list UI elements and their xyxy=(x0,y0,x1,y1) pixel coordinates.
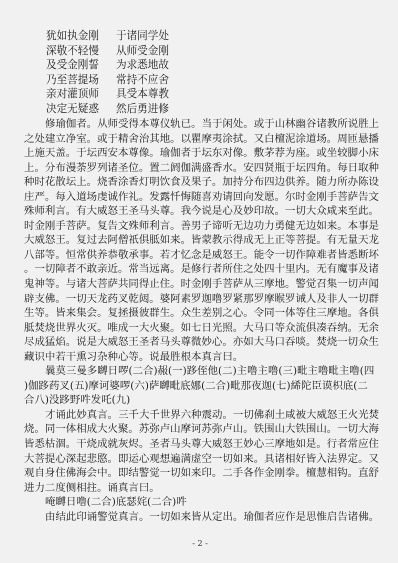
paragraph-line: 修瑜伽者。从师受得本尊仪轨已。当于闲处。或于山林幽谷诸教所说胜上 xyxy=(24,117,376,132)
page-number: - 2 - xyxy=(180,539,220,549)
mantra-line: 曩莫三曼多嚩日啰(二合)赧(一)跢侄他(二)主噜主噜(三)毗主噜毗主噜(四 xyxy=(24,364,376,379)
paragraph-line: 庄严。每入道场虔诚作礼。发露忏悔随喜劝请回向发愿。尔时金刚手菩萨告文 xyxy=(24,190,376,205)
paragraph-line: 才诵此妙真言。三千大千世界六种震动。一切佛刹土咸被大威怒王火光焚 xyxy=(24,408,376,423)
verse-left: 乃至菩提场 xyxy=(46,73,116,88)
paragraph-line: 进力二度侧相拄。诵真言曰。 xyxy=(24,481,376,496)
verse-right: 为求悉地故 xyxy=(116,58,186,73)
paragraph-line: 烧。同一体相成大火聚。苏弥卢山摩诃苏弥卢山。铁围山大铁围山。一切大海 xyxy=(24,422,376,437)
paragraph-line: 藏识中若干熏习杂种心等。说最胜根本真言曰。 xyxy=(24,350,376,365)
paragraph-line: 时金刚手菩萨。复告文殊师利言。善男子谛听无边功力勇健无边如来。本事是 xyxy=(24,219,376,234)
paragraph-line: 大威怒王。复过去阿僧祇俱胝如来。皆蒙教示得成无上正等菩提。有无量天龙 xyxy=(24,233,376,248)
paragraph-line: 种时花散坛上。烧香涂香灯明饮食及果子。加持分布四边供养。随力所办陈设 xyxy=(24,175,376,190)
verse-row: 犹如执金刚 于诸同学处 xyxy=(46,29,186,44)
verse-right: 然后勇进修 xyxy=(116,102,186,117)
paragraph-line: 八部等。恒常供养恭敬承事。若才忆念是威怒王。能令一切作障难者皆悉断坏 xyxy=(24,248,376,263)
verse-left: 犹如执金刚 xyxy=(46,29,116,44)
mantra-line: 唵嚩日噜(二合)底瑟姹(二合)吽 xyxy=(24,495,376,510)
paragraph-line: 殊师利言。有大威怒王圣马头尊。我今说是心及妙印故。一切大众咸来至此。 xyxy=(24,204,376,219)
paragraph-line: 尽成猛焰。说是大威怒王圣者马头尊微妙心。亦如大马口吞啖。焚烧一切众生 xyxy=(24,335,376,350)
verse-row: 决定无疑惑 然后勇进修 xyxy=(46,102,186,117)
verse-right: 从师受金刚 xyxy=(116,44,186,59)
paragraph-line: 观自身住佛海会中。即结警觉一切如来印。二手各作金刚拳。檀慧相钩。直舒 xyxy=(24,466,376,481)
paragraph-line: 上。分布漫荼罗列诸圣位。置二阏伽满盛香水。安四贤瓶于坛四角。每日取种 xyxy=(24,161,376,176)
paragraph-line: 鬼神等。与诸大菩萨共同得止住。时金刚手菩萨从三摩地。警觉召集一切声闻 xyxy=(24,277,376,292)
paragraph-line: 胝焚烧世界火灭。唯成一大火聚。如七日光照。大马口等众流俱凑吞纳。无余 xyxy=(24,321,376,336)
verse-row: 乃至菩提场 常持不应舍 xyxy=(46,73,186,88)
verse-row: 亲对灌顶师 具受本尊教 xyxy=(46,87,186,102)
verse-left: 及受金刚誓 xyxy=(46,58,116,73)
mantra-line: 合八)没跢野吽发吒(九) xyxy=(24,393,376,408)
document-page: 犹如执金刚 于诸同学处 深敬不轻慢 从师受金刚 及受金刚誓 为求悉地故 乃至菩提… xyxy=(0,0,398,563)
verse-left: 亲对灌顶师 xyxy=(46,87,116,102)
verse-right: 具受本尊教 xyxy=(116,87,186,102)
verse-right: 于诸同学处 xyxy=(116,29,186,44)
mantra-line: )伽跢药叉(五)摩诃婆啰(六)萨嚩毗底娜(二合)毗那夜迦(七)絺陀臣谟枳底(二 xyxy=(24,379,376,394)
verse-row: 深敬不轻慢 从师受金刚 xyxy=(46,44,186,59)
paragraph-line: 之处建立净室。或于精舍治其地。以瞿摩夷涂拭。又白檀泥涂道场。周匝悬播 xyxy=(24,132,376,147)
paragraph-line: 皆悉枯涸。干烧成就灰烬。圣者马头尊大威怒王妙心三摩地如是。行者常应住 xyxy=(24,437,376,452)
verse-block: 犹如执金刚 于诸同学处 深敬不轻慢 从师受金刚 及受金刚誓 为求悉地故 乃至菩提… xyxy=(46,29,186,117)
body-text: 修瑜伽者。从师受得本尊仪轨已。当于闲处。或于山林幽谷诸教所说胜上 之处建立净室。… xyxy=(24,117,376,524)
paragraph-line: 上施天盖。于坛西安本尊像。瑜伽者于坛东对像。敷茅荐为座。或坐较脚小床 xyxy=(24,146,376,161)
verse-left: 决定无疑惑 xyxy=(46,102,116,117)
verse-row: 及受金刚誓 为求悉地故 xyxy=(46,58,186,73)
paragraph-line: 大菩提心深起悲愍。即运心观想遍满虚空一切如来。具诸相好皆入法界定。又 xyxy=(24,452,376,467)
paragraph-line: 由结此印诵警觉真言。一切如来皆从定出。瑜伽者应作是思惟启告诸佛。 xyxy=(24,510,376,525)
verse-right: 常持不应舍 xyxy=(116,73,186,88)
paragraph-line: 生等。皆来集会。复拯摄彼群生。众生差别之心。令同一体等住三摩地。各俱 xyxy=(24,306,376,321)
paragraph-line: 。一切障者不敢亲近。常当远离。是修行者所住之处四十里内。无有魔事及诸 xyxy=(24,262,376,277)
verse-left: 深敬不轻慢 xyxy=(46,44,116,59)
paragraph-line: 辟支佛。一切天龙药叉乾闼。婆阿素罗迦噜罗紧那罗摩睺罗诫人及非人一切群 xyxy=(24,292,376,307)
